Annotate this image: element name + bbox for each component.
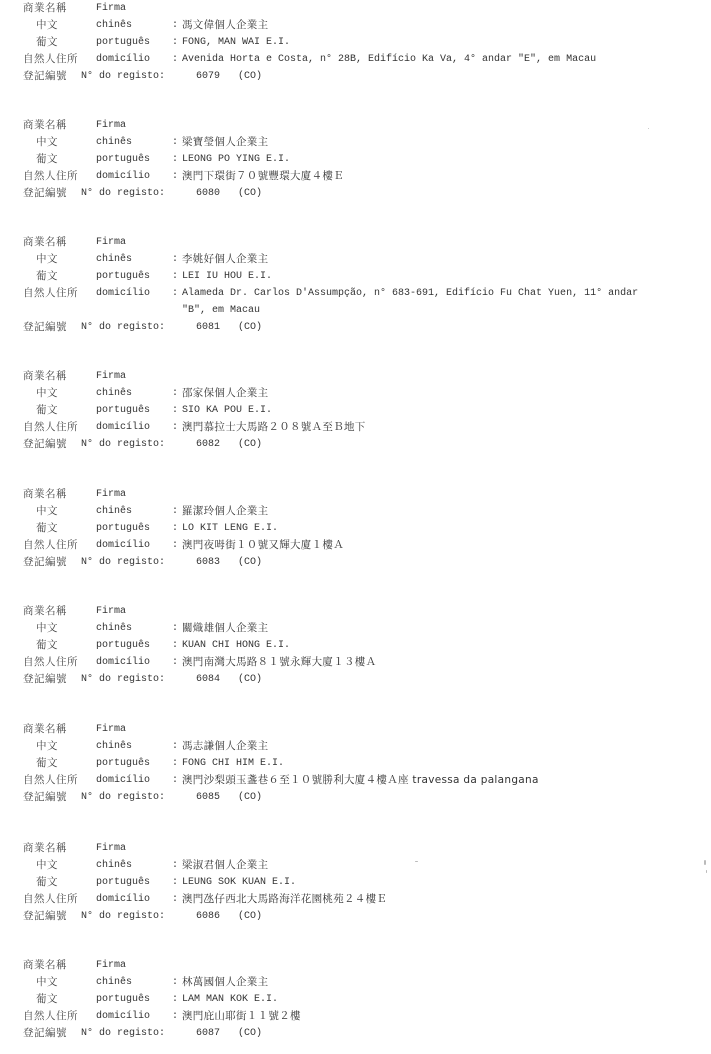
portuguese-label-pt: português	[96, 402, 150, 419]
firm-label-pt: Firma	[96, 234, 126, 251]
firm-label-pt: Firma	[96, 603, 126, 620]
registry-label-zh: 登記編號	[23, 789, 67, 806]
domicile-label-pt: domicílio	[96, 1008, 150, 1025]
domicile-value: Alameda Dr. Carlos D'Assumpção, n° 683-6…	[182, 285, 638, 302]
registry-suffix: (CO)	[238, 68, 262, 85]
chinese-label-pt: chinês	[96, 17, 132, 34]
colon: :	[172, 991, 178, 1008]
registry-label-pt: N° do registo:	[81, 436, 165, 453]
domicile-value: Avenida Horta e Costa, n° 28B, Edifício …	[182, 51, 596, 68]
registry-number-value: 6082	[196, 436, 220, 453]
domicile-label-pt: domicílio	[96, 168, 150, 185]
firm-label-zh: 商業名稱	[23, 957, 67, 974]
registry-label-pt: N° do registo:	[81, 185, 165, 202]
domicile-label-pt: domicílio	[96, 285, 150, 302]
registry-label-pt: N° do registo:	[81, 789, 165, 806]
colon: :	[172, 402, 178, 419]
portuguese-label-zh: 葡文	[36, 991, 58, 1008]
registry-label-zh: 登記編號	[23, 1025, 67, 1042]
registry-label-zh: 登記編號	[23, 436, 67, 453]
chinese-label-pt: chinês	[96, 134, 132, 151]
domicile-value: 澳門夜呣街１０號又輝大廈１樓Ａ	[182, 537, 344, 554]
firm-label-pt: Firma	[96, 840, 126, 857]
colon: :	[172, 637, 178, 654]
registry-label-zh: 登記編號	[23, 908, 67, 925]
chinese-label-pt: chinês	[96, 620, 132, 637]
portuguese-label-pt: português	[96, 520, 150, 537]
portuguese-label-zh: 葡文	[36, 151, 58, 168]
domicile-label-pt: domicílio	[96, 419, 150, 436]
registry-suffix: (CO)	[238, 1025, 262, 1042]
portuguese-label-zh: 葡文	[36, 755, 58, 772]
colon: :	[172, 974, 178, 991]
domicile-label-zh: 自然人住所	[23, 168, 78, 185]
colon: :	[172, 17, 178, 34]
registry-label-pt: N° do registo:	[81, 554, 165, 571]
name-pt-value: KUAN CHI HONG E.I.	[182, 637, 290, 654]
colon: :	[172, 874, 178, 891]
chinese-label-pt: chinês	[96, 503, 132, 520]
name-pt-value: SIO KA POU E.I.	[182, 402, 272, 419]
name-pt-value: LEONG PO YING E.I.	[182, 151, 290, 168]
firm-label-zh: 商業名稱	[23, 840, 67, 857]
domicile-label-pt: domicílio	[96, 51, 150, 68]
registry-number-value: 6079	[196, 68, 220, 85]
domicile-value: 澳門沙梨頭玉盞巷６至１０號勝利大廈４樓Ａ座 travessa da palang…	[182, 772, 539, 789]
firm-label-zh: 商業名稱	[23, 234, 67, 251]
chinese-label-pt: chinês	[96, 738, 132, 755]
registry-label-zh: 登記編號	[23, 68, 67, 85]
name-zh-value: 梁淑君個人企業主	[182, 857, 268, 874]
chinese-label-pt: chinês	[96, 385, 132, 402]
portuguese-label-zh: 葡文	[36, 874, 58, 891]
registry-label-pt: N° do registo:	[81, 671, 165, 688]
scan-artifact	[415, 861, 418, 862]
name-pt-value: LO KIT LENG E.I.	[182, 520, 278, 537]
registry-label-zh: 登記編號	[23, 319, 67, 336]
registry-suffix: (CO)	[238, 789, 262, 806]
firm-label-zh: 商業名稱	[23, 486, 67, 503]
domicile-label-pt: domicílio	[96, 891, 150, 908]
registry-number-value: 6081	[196, 319, 220, 336]
firm-label-pt: Firma	[96, 721, 126, 738]
domicile-label-zh: 自然人住所	[23, 419, 78, 436]
colon: :	[172, 51, 178, 68]
portuguese-label-pt: português	[96, 874, 150, 891]
name-zh-value: 關熾雄個人企業主	[182, 620, 268, 637]
portuguese-label-zh: 葡文	[36, 34, 58, 51]
colon: :	[172, 151, 178, 168]
colon: :	[172, 503, 178, 520]
colon: :	[172, 738, 178, 755]
firm-label-pt: Firma	[96, 0, 126, 17]
chinese-label-zh: 中文	[36, 738, 58, 755]
name-pt-value: LAM MAN KOK E.I.	[182, 991, 278, 1008]
firm-label-pt: Firma	[96, 368, 126, 385]
domicile-value: 澳門慕拉士大馬路２０８號Ａ至Ｂ地下	[182, 419, 366, 436]
registry-label-pt: N° do registo:	[81, 68, 165, 85]
firm-label-zh: 商業名稱	[23, 0, 67, 17]
domicile-label-zh: 自然人住所	[23, 654, 78, 671]
registry-label-pt: N° do registo:	[81, 1025, 165, 1042]
registry-number-value: 6084	[196, 671, 220, 688]
portuguese-label-pt: português	[96, 34, 150, 51]
colon: :	[172, 34, 178, 51]
colon: :	[172, 620, 178, 637]
scan-artifact	[706, 870, 707, 873]
chinese-label-pt: chinês	[96, 857, 132, 874]
firm-label-pt: Firma	[96, 486, 126, 503]
firm-label-pt: Firma	[96, 117, 126, 134]
chinese-label-zh: 中文	[36, 385, 58, 402]
registry-number-value: 6083	[196, 554, 220, 571]
chinese-label-zh: 中文	[36, 974, 58, 991]
registry-number-value: 6085	[196, 789, 220, 806]
registry-suffix: (CO)	[238, 671, 262, 688]
domicile-value: 澳門庇山耶街１１號２樓	[182, 1008, 301, 1025]
colon: :	[172, 857, 178, 874]
name-pt-value: FONG CHI HIM E.I.	[182, 755, 284, 772]
chinese-label-zh: 中文	[36, 857, 58, 874]
colon: :	[172, 251, 178, 268]
chinese-label-pt: chinês	[96, 974, 132, 991]
portuguese-label-pt: português	[96, 755, 150, 772]
colon: :	[172, 268, 178, 285]
colon: :	[172, 134, 178, 151]
colon: :	[172, 755, 178, 772]
firm-label-zh: 商業名稱	[23, 117, 67, 134]
portuguese-label-pt: português	[96, 637, 150, 654]
domicile-label-pt: domicílio	[96, 772, 150, 789]
domicile-label-zh: 自然人住所	[23, 772, 78, 789]
registry-suffix: (CO)	[238, 908, 262, 925]
registry-label-pt: N° do registo:	[81, 908, 165, 925]
chinese-label-pt: chinês	[96, 251, 132, 268]
portuguese-label-zh: 葡文	[36, 402, 58, 419]
colon: :	[172, 168, 178, 185]
chinese-label-zh: 中文	[36, 251, 58, 268]
chinese-label-zh: 中文	[36, 620, 58, 637]
colon: :	[172, 891, 178, 908]
chinese-label-zh: 中文	[36, 503, 58, 520]
colon: :	[172, 385, 178, 402]
registry-label-zh: 登記編號	[23, 185, 67, 202]
domicile-value: 澳門氹仔西北大馬路海洋花園桃苑２４樓Ｅ	[182, 891, 387, 908]
registry-label-zh: 登記編號	[23, 671, 67, 688]
scan-artifact	[704, 860, 706, 865]
name-zh-value: 羅潔玲個人企業主	[182, 503, 268, 520]
domicile-value: 澳門下環街７０號豐環大廈４樓Ｅ	[182, 168, 344, 185]
chinese-label-zh: 中文	[36, 17, 58, 34]
name-pt-value: LEUNG SOK KUAN E.I.	[182, 874, 296, 891]
chinese-label-zh: 中文	[36, 134, 58, 151]
colon: :	[172, 285, 178, 302]
name-zh-value: 林萬國個人企業主	[182, 974, 268, 991]
portuguese-label-pt: português	[96, 991, 150, 1008]
name-zh-value: 邵家保個人企業主	[182, 385, 268, 402]
registry-number-value: 6086	[196, 908, 220, 925]
firm-label-zh: 商業名稱	[23, 721, 67, 738]
name-zh-value: 李姚好個人企業主	[182, 251, 268, 268]
registry-suffix: (CO)	[238, 319, 262, 336]
domicile-value: 澳門南灣大馬路８１號永輝大廈１３樓Ａ	[182, 654, 376, 671]
name-pt-value: LEI IU HOU E.I.	[182, 268, 272, 285]
name-zh-value: 梁寶瑩個人企業主	[182, 134, 268, 151]
colon: :	[172, 772, 178, 789]
name-pt-value: FONG, MAN WAI E.I.	[182, 34, 290, 51]
colon: :	[172, 537, 178, 554]
name-zh-value: 馮志謙個人企業主	[182, 738, 268, 755]
domicile-value-line2: "B", em Macau	[182, 302, 260, 319]
domicile-label-zh: 自然人住所	[23, 537, 78, 554]
portuguese-label-zh: 葡文	[36, 637, 58, 654]
domicile-label-pt: domicílio	[96, 537, 150, 554]
firm-label-zh: 商業名稱	[23, 603, 67, 620]
registry-suffix: (CO)	[238, 185, 262, 202]
domicile-label-zh: 自然人住所	[23, 1008, 78, 1025]
colon: :	[172, 419, 178, 436]
portuguese-label-zh: 葡文	[36, 268, 58, 285]
registry-suffix: (CO)	[238, 554, 262, 571]
registry-suffix: (CO)	[238, 436, 262, 453]
registry-label-zh: 登記編號	[23, 554, 67, 571]
portuguese-label-zh: 葡文	[36, 520, 58, 537]
portuguese-label-pt: português	[96, 268, 150, 285]
domicile-label-pt: domicílio	[96, 654, 150, 671]
domicile-label-zh: 自然人住所	[23, 51, 78, 68]
domicile-label-zh: 自然人住所	[23, 891, 78, 908]
name-zh-value: 馮文偉個人企業主	[182, 17, 268, 34]
colon: :	[172, 1008, 178, 1025]
scan-artifact	[648, 128, 649, 129]
domicile-label-zh: 自然人住所	[23, 285, 78, 302]
colon: :	[172, 520, 178, 537]
portuguese-label-pt: português	[96, 151, 150, 168]
firm-label-pt: Firma	[96, 957, 126, 974]
firm-label-zh: 商業名稱	[23, 368, 67, 385]
registry-label-pt: N° do registo:	[81, 319, 165, 336]
colon: :	[172, 654, 178, 671]
registry-number-value: 6080	[196, 185, 220, 202]
registry-number-value: 6087	[196, 1025, 220, 1042]
